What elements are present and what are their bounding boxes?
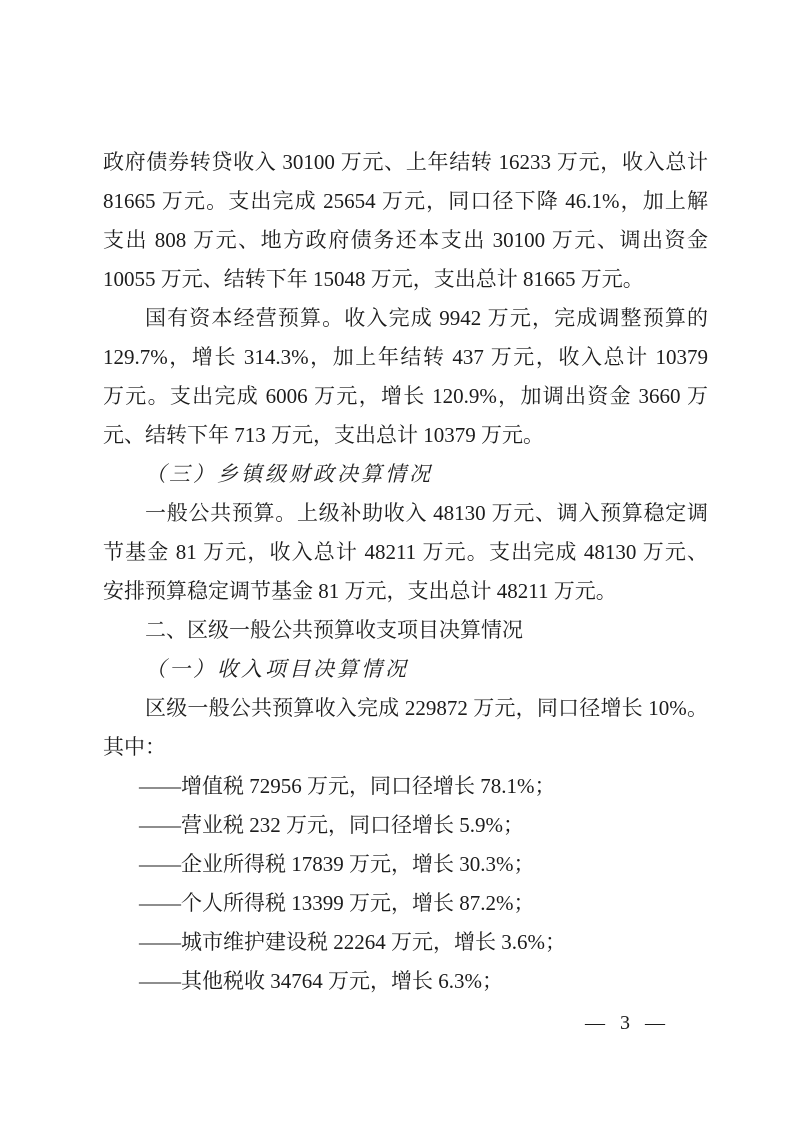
section-heading-level1: 二、区级一般公共预算收支项目决算情况: [103, 611, 708, 650]
text-line: 万元。支出完成 6006 万元，增长 120.9%，加调出资金 3660 万: [103, 377, 708, 416]
section-heading-sub: （三）乡镇级财政决算情况: [103, 455, 708, 494]
text-line: 129.7%，增长 314.3%，加上年结转 437 万元，收入总计 10379: [103, 338, 708, 377]
text-line: 政府债券转贷收入 30100 万元、上年结转 16233 万元，收入总计: [103, 143, 708, 182]
text-line: 安排预算稳定调节基金 81 万元，支出总计 48211 万元。: [103, 572, 708, 611]
list-item: ——个人所得税 13399 万元，增长 87.2%；: [103, 884, 708, 923]
text-line: 元、结转下年 713 万元，支出总计 10379 万元。: [103, 416, 708, 455]
text-line: 10055 万元、结转下年 15048 万元，支出总计 81665 万元。: [103, 260, 708, 299]
list-item: ——城市维护建设税 22264 万元，增长 3.6%；: [103, 923, 708, 962]
page-number: — 3 —: [556, 1008, 694, 1038]
text-line: 其中：: [103, 728, 708, 767]
list-item: ——增值税 72956 万元，同口径增长 78.1%；: [103, 767, 708, 806]
document-body: 政府债券转贷收入 30100 万元、上年结转 16233 万元，收入总计 816…: [103, 143, 708, 1001]
list-item: ——企业所得税 17839 万元，增长 30.3%；: [103, 845, 708, 884]
text-line: 国有资本经营预算。收入完成 9942 万元，完成调整预算的: [103, 299, 708, 338]
list-item: ——营业税 232 万元，同口径增长 5.9%；: [103, 806, 708, 845]
text-line: 81665 万元。支出完成 25654 万元，同口径下降 46.1%，加上解: [103, 182, 708, 221]
text-line: 节基金 81 万元，收入总计 48211 万元。支出完成 48130 万元、: [103, 533, 708, 572]
list-item: ——其他税收 34764 万元，增长 6.3%；: [103, 962, 708, 1001]
section-heading-sub: （一）收入项目决算情况: [103, 650, 708, 689]
text-line: 一般公共预算。上级补助收入 48130 万元、调入预算稳定调: [103, 494, 708, 533]
text-line: 支出 808 万元、地方政府债务还本支出 30100 万元、调出资金: [103, 221, 708, 260]
document-page: 政府债券转贷收入 30100 万元、上年结转 16233 万元，收入总计 816…: [0, 0, 793, 1122]
text-line: 区级一般公共预算收入完成 229872 万元，同口径增长 10%。: [103, 689, 708, 728]
